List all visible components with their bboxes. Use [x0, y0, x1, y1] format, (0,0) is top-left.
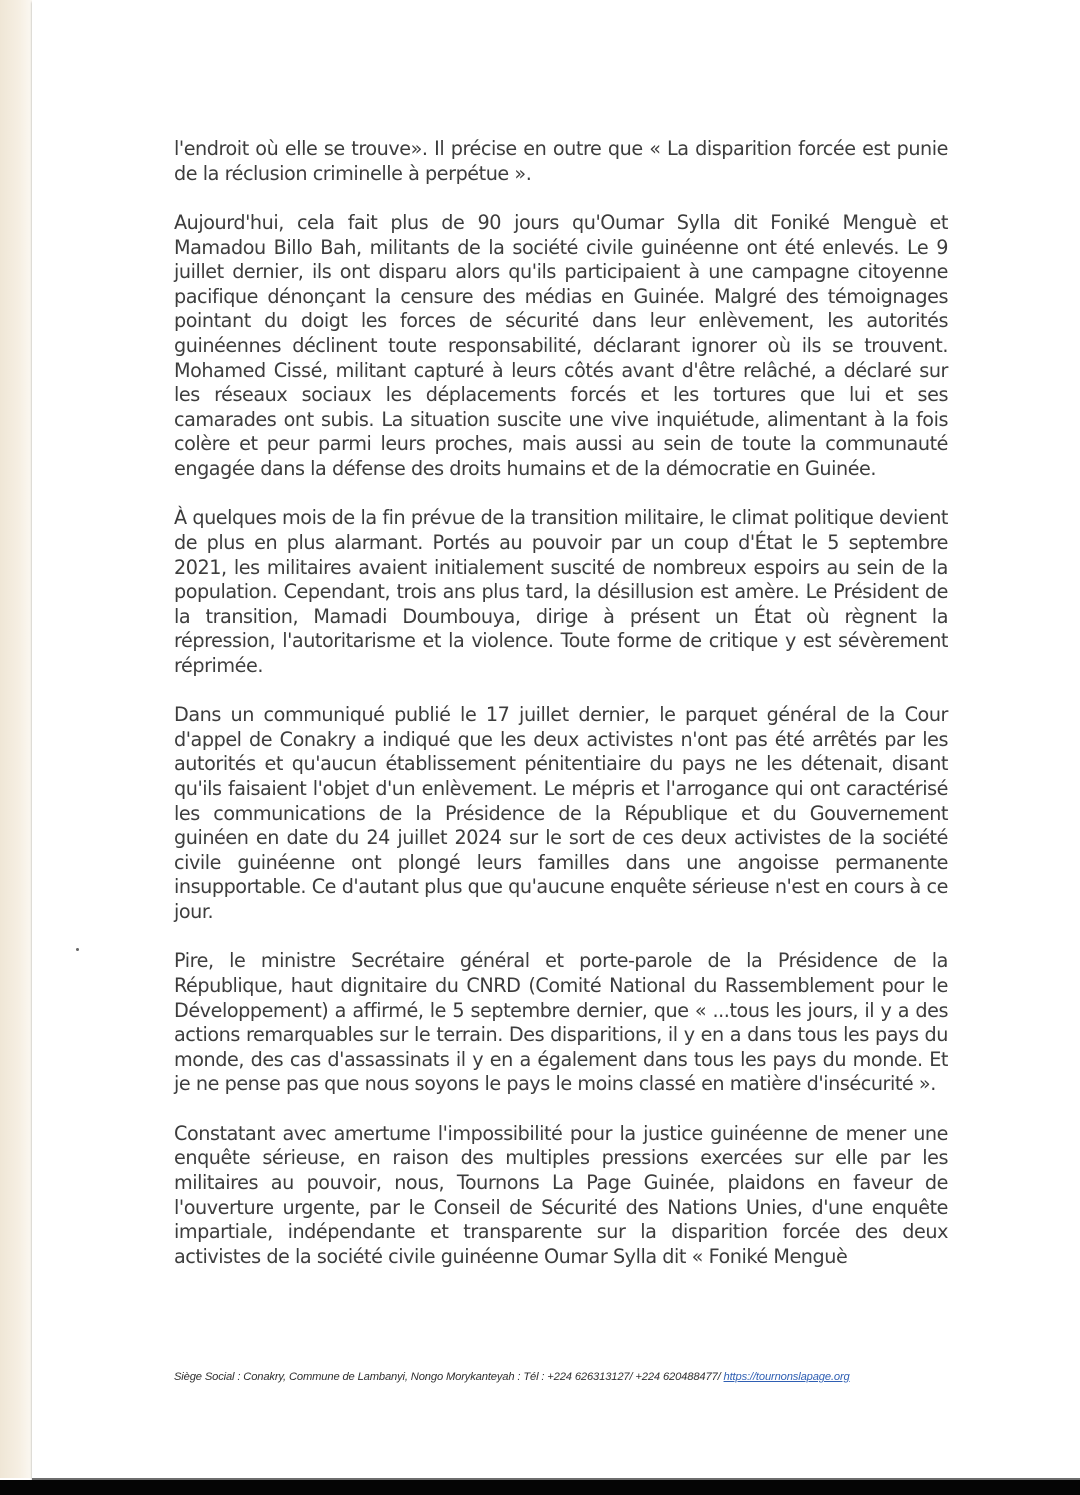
paragraph-4: Dans un communiqué publié le 17 juillet …: [174, 703, 948, 924]
paragraph-1: l'endroit où elle se trouve». Il précise…: [174, 137, 948, 186]
page-footer: Siège Social : Conakry, Commune de Lamba…: [174, 1371, 948, 1383]
letter-body: l'endroit où elle se trouve». Il précise…: [174, 137, 948, 1269]
paragraph-3: À quelques mois de la fin prévue de la t…: [174, 506, 948, 678]
paragraph-2: Aujourd'hui, cela fait plus de 90 jours …: [174, 211, 948, 482]
scan-bottom-border: [0, 1480, 1080, 1495]
scan-edge-strip: [0, 0, 32, 1478]
website-link[interactable]: https://tournonslapage.org: [724, 1371, 850, 1383]
paragraph-6: Constatant avec amertume l'impossibilité…: [174, 1122, 948, 1270]
scan-speck: [76, 948, 79, 951]
footer-address: Siège Social : Conakry, Commune de Lamba…: [174, 1371, 724, 1383]
scanned-page: l'endroit où elle se trouve». Il précise…: [0, 0, 1080, 1495]
paragraph-5: Pire, le ministre Secrétaire général et …: [174, 949, 948, 1097]
